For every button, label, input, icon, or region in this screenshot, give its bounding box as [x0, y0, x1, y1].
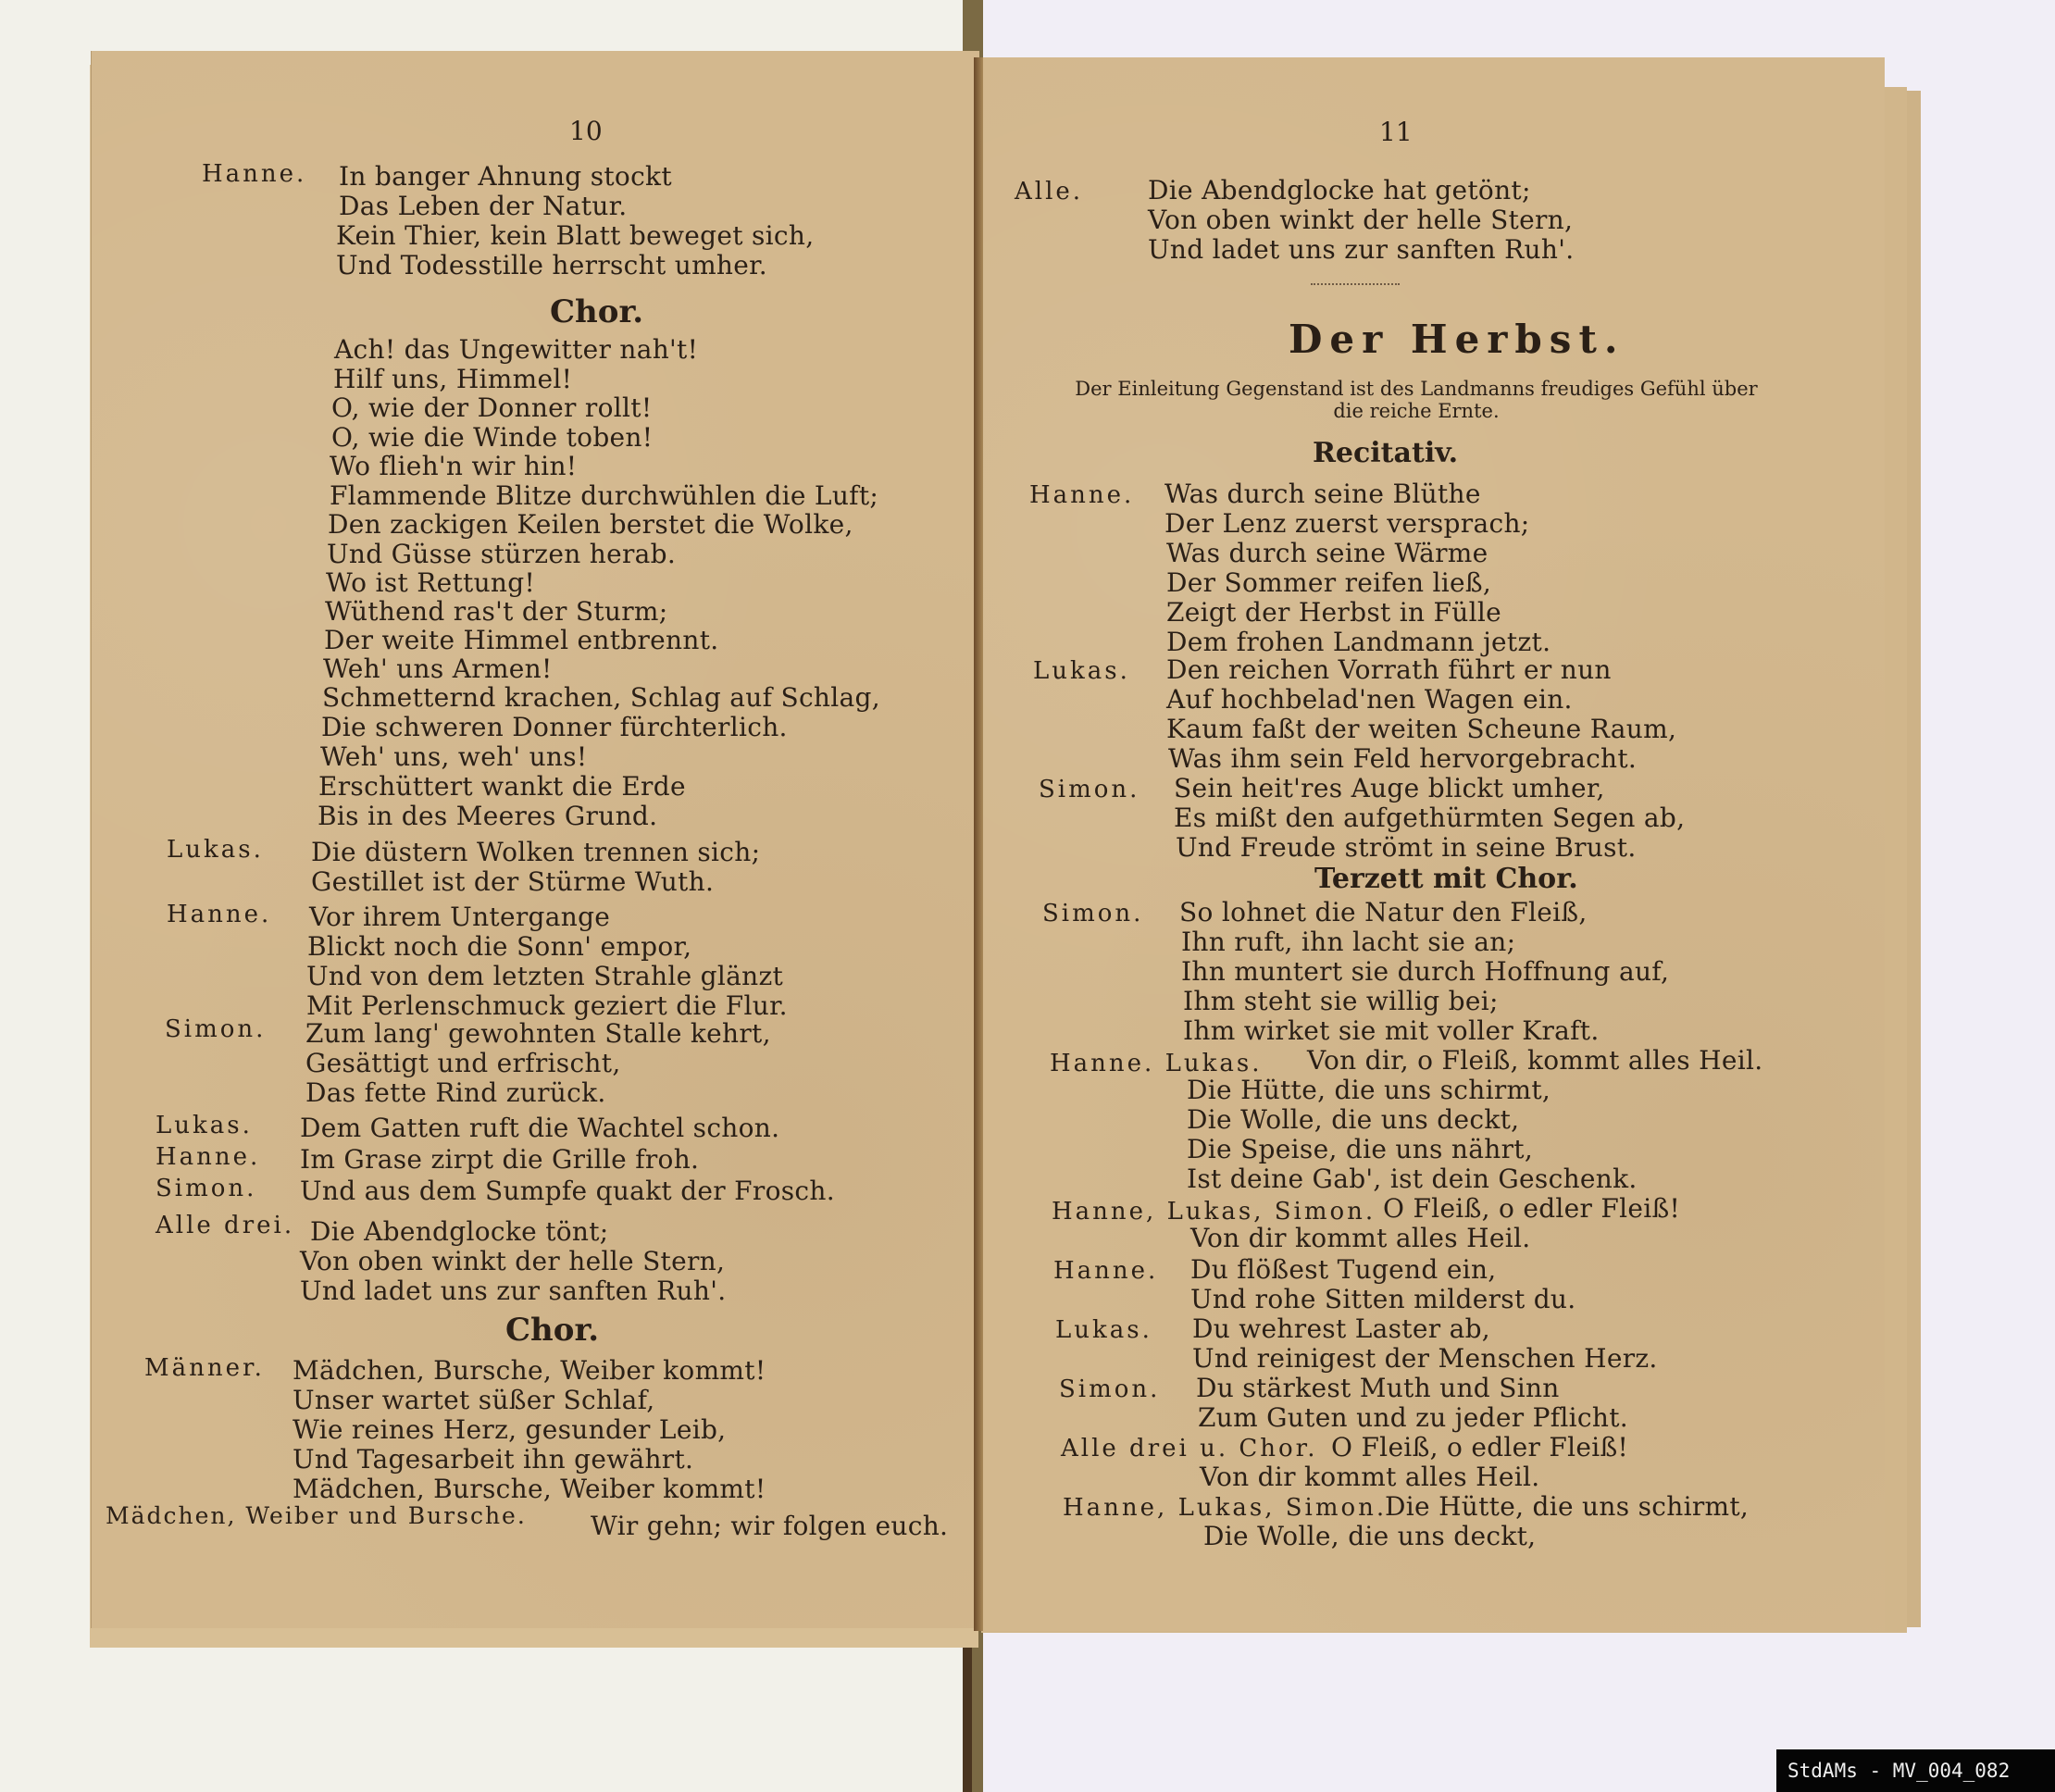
verse-line: Gesättigt und erfrischt, — [305, 1049, 621, 1078]
verse-line: Von oben winkt der helle Stern, — [1148, 205, 1573, 235]
subtitle-line: Der Einleitung Gegenstand ist des Landma… — [1065, 378, 1768, 400]
verse-line: In banger Ahnung stockt — [339, 162, 672, 192]
verse-line: Wo flieh'n wir hin! — [330, 452, 577, 481]
verse-line: Blickt noch die Sonn' empor, — [307, 932, 691, 962]
verse-line: Wüthend ras't der Sturm; — [325, 597, 668, 627]
verse-line: Der Sommer reifen ließ, — [1166, 568, 1491, 598]
speaker-label: Simon. — [1059, 1375, 1160, 1403]
binding-gutter-lower — [963, 1648, 972, 1792]
speaker-label: Hanne, Lukas, Simon. — [1063, 1494, 1387, 1522]
verse-line: Hilf uns, Himmel! — [333, 365, 572, 394]
speaker-label: Simon. — [1039, 776, 1140, 803]
verse-line: Die schweren Donner fürchterlich. — [321, 713, 788, 742]
verse-line: Was durch seine Blüthe — [1164, 479, 1481, 509]
verse-line: Wie reines Herz, gesunder Leib, — [293, 1415, 726, 1445]
verse-line: Mädchen, Bursche, Weiber kommt! — [293, 1356, 766, 1386]
verse-line: Das Leben der Natur. — [339, 192, 627, 221]
verse-line: Und Tagesarbeit ihn gewährt. — [293, 1445, 693, 1475]
verse-line: Und aus dem Sumpfe quakt der Frosch. — [300, 1176, 835, 1206]
verse-line: Mit Perlenschmuck geziert die Flur. — [306, 991, 788, 1021]
speaker-label: Hanne. — [156, 1143, 260, 1171]
verse-line: Ist deine Gab', ist dein Geschenk. — [1187, 1164, 1638, 1194]
verse-line: Und Güsse stürzen herab. — [327, 540, 676, 569]
verse-line: O, wie die Winde toben! — [331, 423, 653, 453]
verse-line: Ach! das Ungewitter nah't! — [334, 335, 698, 365]
verse-line: Ihn ruft, ihn lacht sie an; — [1181, 927, 1515, 957]
section-heading: Terzett mit Chor. — [1314, 863, 1578, 895]
verse-line: Und rohe Sitten milderst du. — [1190, 1285, 1575, 1314]
verse-line: Im Grase zirpt die Grille froh. — [300, 1145, 699, 1175]
verse-line: Du wehrest Laster ab, — [1192, 1314, 1490, 1344]
verse-line: Und ladet uns zur sanften Ruh'. — [1148, 235, 1574, 265]
verse-line: Den reichen Vorrath führt er nun — [1166, 655, 1612, 685]
speaker-label: Alle drei u. Chor. — [1061, 1435, 1318, 1462]
verse-line: Du stärkest Muth und Sinn — [1196, 1374, 1560, 1403]
right-page: 11 Alle. Die Abendglocke hat getönt; Von… — [981, 57, 1885, 1631]
verse-line: O Fleiß, o edler Fleiß! — [1331, 1433, 1628, 1462]
verse-line: Schmetternd krachen, Schlag auf Schlag, — [322, 683, 880, 713]
subtitle-line: die reiche Ernte. — [1065, 400, 1768, 422]
verse-line: Weh' uns, weh' uns! — [320, 742, 588, 772]
section-title: Der Herbst. — [1289, 317, 1625, 362]
verse-line: O Fleiß, o edler Fleiß! — [1383, 1194, 1680, 1224]
verse-line: Wir gehn; wir folgen euch. — [591, 1512, 948, 1541]
verse-line: Die Wolle, die uns deckt, — [1187, 1105, 1519, 1135]
spine-shadow — [974, 57, 983, 1631]
verse-line: Was ihm sein Feld hervorgebracht. — [1168, 744, 1637, 774]
verse-line: Die Hütte, die uns schirmt, — [1385, 1492, 1749, 1522]
verse-line: O, wie der Donner rollt! — [331, 393, 652, 423]
verse-line: Das fette Rind zurück. — [305, 1078, 606, 1108]
verse-line: Was durch seine Wärme — [1166, 539, 1488, 568]
verse-line: Sein heit'res Auge blickt umher, — [1174, 774, 1605, 803]
verse-line: Unser wartet süßer Schlaf, — [293, 1386, 654, 1415]
verse-line: Kein Thier, kein Blatt beweget sich, — [336, 221, 814, 251]
speaker-label: Lukas. — [1055, 1316, 1152, 1344]
verse-line: Dem Gatten ruft die Wachtel schon. — [300, 1114, 779, 1143]
verse-line: Von dir, o Fleiß, kommt alles Heil. — [1307, 1046, 1762, 1076]
speaker-label: Simon. — [1042, 900, 1143, 927]
left-page: 10 Hanne. In banger Ahnung stockt Das Le… — [91, 51, 979, 1628]
speaker-label: Lukas. — [1033, 657, 1130, 685]
archive-identifier-label: StdAMs - MV_004_082 — [1776, 1749, 2055, 1792]
verse-line: Dem frohen Landmann jetzt. — [1166, 628, 1551, 657]
verse-line: Von dir kommt alles Heil. — [1190, 1224, 1530, 1253]
verse-line: Flammende Blitze durchwühlen die Luft; — [330, 481, 878, 511]
speaker-label: Mädchen, Weiber und Bursche. — [106, 1502, 527, 1529]
verse-line: Erschüttert wankt die Erde — [318, 772, 686, 802]
verse-line: Die Abendglocke hat getönt; — [1148, 176, 1531, 205]
speaker-label: Lukas. — [167, 836, 264, 864]
verse-line: Weh' uns Armen! — [323, 654, 553, 684]
verse-line: Die Hütte, die uns schirmt, — [1187, 1076, 1551, 1105]
verse-line: Vor ihrem Untergange — [309, 902, 610, 932]
section-heading: Recitativ. — [1313, 437, 1458, 469]
verse-line: Die düstern Wolken trennen sich; — [311, 838, 760, 867]
verse-line: Die Speise, die uns nährt, — [1187, 1135, 1533, 1164]
verse-line: Und Todesstille herrscht umher. — [336, 251, 767, 280]
verse-line: Und von dem letzten Strahle glänzt — [306, 962, 783, 991]
verse-line: Bis in des Meeres Grund. — [318, 802, 657, 831]
speaker-label: Hanne. — [1029, 481, 1134, 509]
verse-line: Und reinigest der Menschen Herz. — [1192, 1344, 1658, 1374]
verse-line: Wo ist Rettung! — [326, 568, 535, 598]
section-subtitle: Der Einleitung Gegenstand ist des Landma… — [1065, 378, 1768, 422]
verse-line: Kaum faßt der weiten Scheune Raum, — [1166, 715, 1676, 744]
verse-line: Den zackigen Keilen berstet die Wolke, — [328, 510, 853, 540]
verse-line: Die Abendglocke tönt; — [310, 1217, 609, 1247]
verse-line: Gestillet ist der Stürme Wuth. — [311, 867, 714, 897]
speaker-label: Hanne, Lukas, Simon. — [1052, 1198, 1376, 1226]
speaker-label: Männer. — [144, 1354, 265, 1382]
speaker-label: Simon. — [156, 1175, 256, 1202]
verse-line: Ihn muntert sie durch Hoffnung auf, — [1181, 957, 1669, 987]
speaker-label: Hanne. — [1053, 1257, 1158, 1285]
verse-line: Ihm steht sie willig bei; — [1183, 987, 1499, 1016]
page-number: 11 — [1379, 117, 1413, 147]
verse-line: Es mißt den aufgethürmten Segen ab, — [1174, 803, 1685, 833]
verse-line: Und Freude strömt in seine Brust. — [1176, 833, 1637, 863]
verse-line: Der Lenz zuerst versprach; — [1164, 509, 1530, 539]
speaker-label: Simon. — [165, 1015, 266, 1043]
verse-line: Der weite Himmel entbrennt. — [324, 626, 718, 655]
verse-line: So lohnet die Natur den Fleiß, — [1179, 898, 1588, 927]
verse-line: Mädchen, Bursche, Weiber kommt! — [293, 1475, 766, 1504]
verse-line: Und ladet uns zur sanften Ruh'. — [300, 1276, 726, 1306]
section-heading: Chor. — [550, 293, 643, 330]
verse-line: Zum Guten und zu jeder Pflicht. — [1198, 1403, 1628, 1433]
verse-line: Zum lang' gewohnten Stalle kehrt, — [305, 1019, 771, 1049]
verse-line: Zeigt der Herbst in Fülle — [1166, 598, 1501, 628]
speaker-label: Hanne. — [167, 901, 271, 928]
verse-line: Von oben winkt der helle Stern, — [300, 1247, 725, 1276]
verse-line: Die Wolle, die uns deckt, — [1203, 1522, 1536, 1551]
speaker-label: Hanne. Lukas. — [1050, 1050, 1262, 1077]
verse-line: Auf hochbelad'nen Wagen ein. — [1166, 685, 1573, 715]
wavy-rule-divider — [1311, 283, 1400, 285]
page-number: 10 — [569, 116, 603, 146]
speaker-label: Alle. — [1015, 178, 1083, 205]
section-heading: Chor. — [505, 1312, 599, 1349]
speaker-label: Alle drei. — [156, 1212, 294, 1239]
speaker-label: Hanne. — [202, 160, 306, 188]
speaker-label: Lukas. — [156, 1112, 253, 1139]
verse-line: Du flößest Tugend ein, — [1190, 1255, 1496, 1285]
verse-line: Ihm wirket sie mit voller Kraft. — [1183, 1016, 1600, 1046]
verse-line: Von dir kommt alles Heil. — [1200, 1462, 1539, 1492]
